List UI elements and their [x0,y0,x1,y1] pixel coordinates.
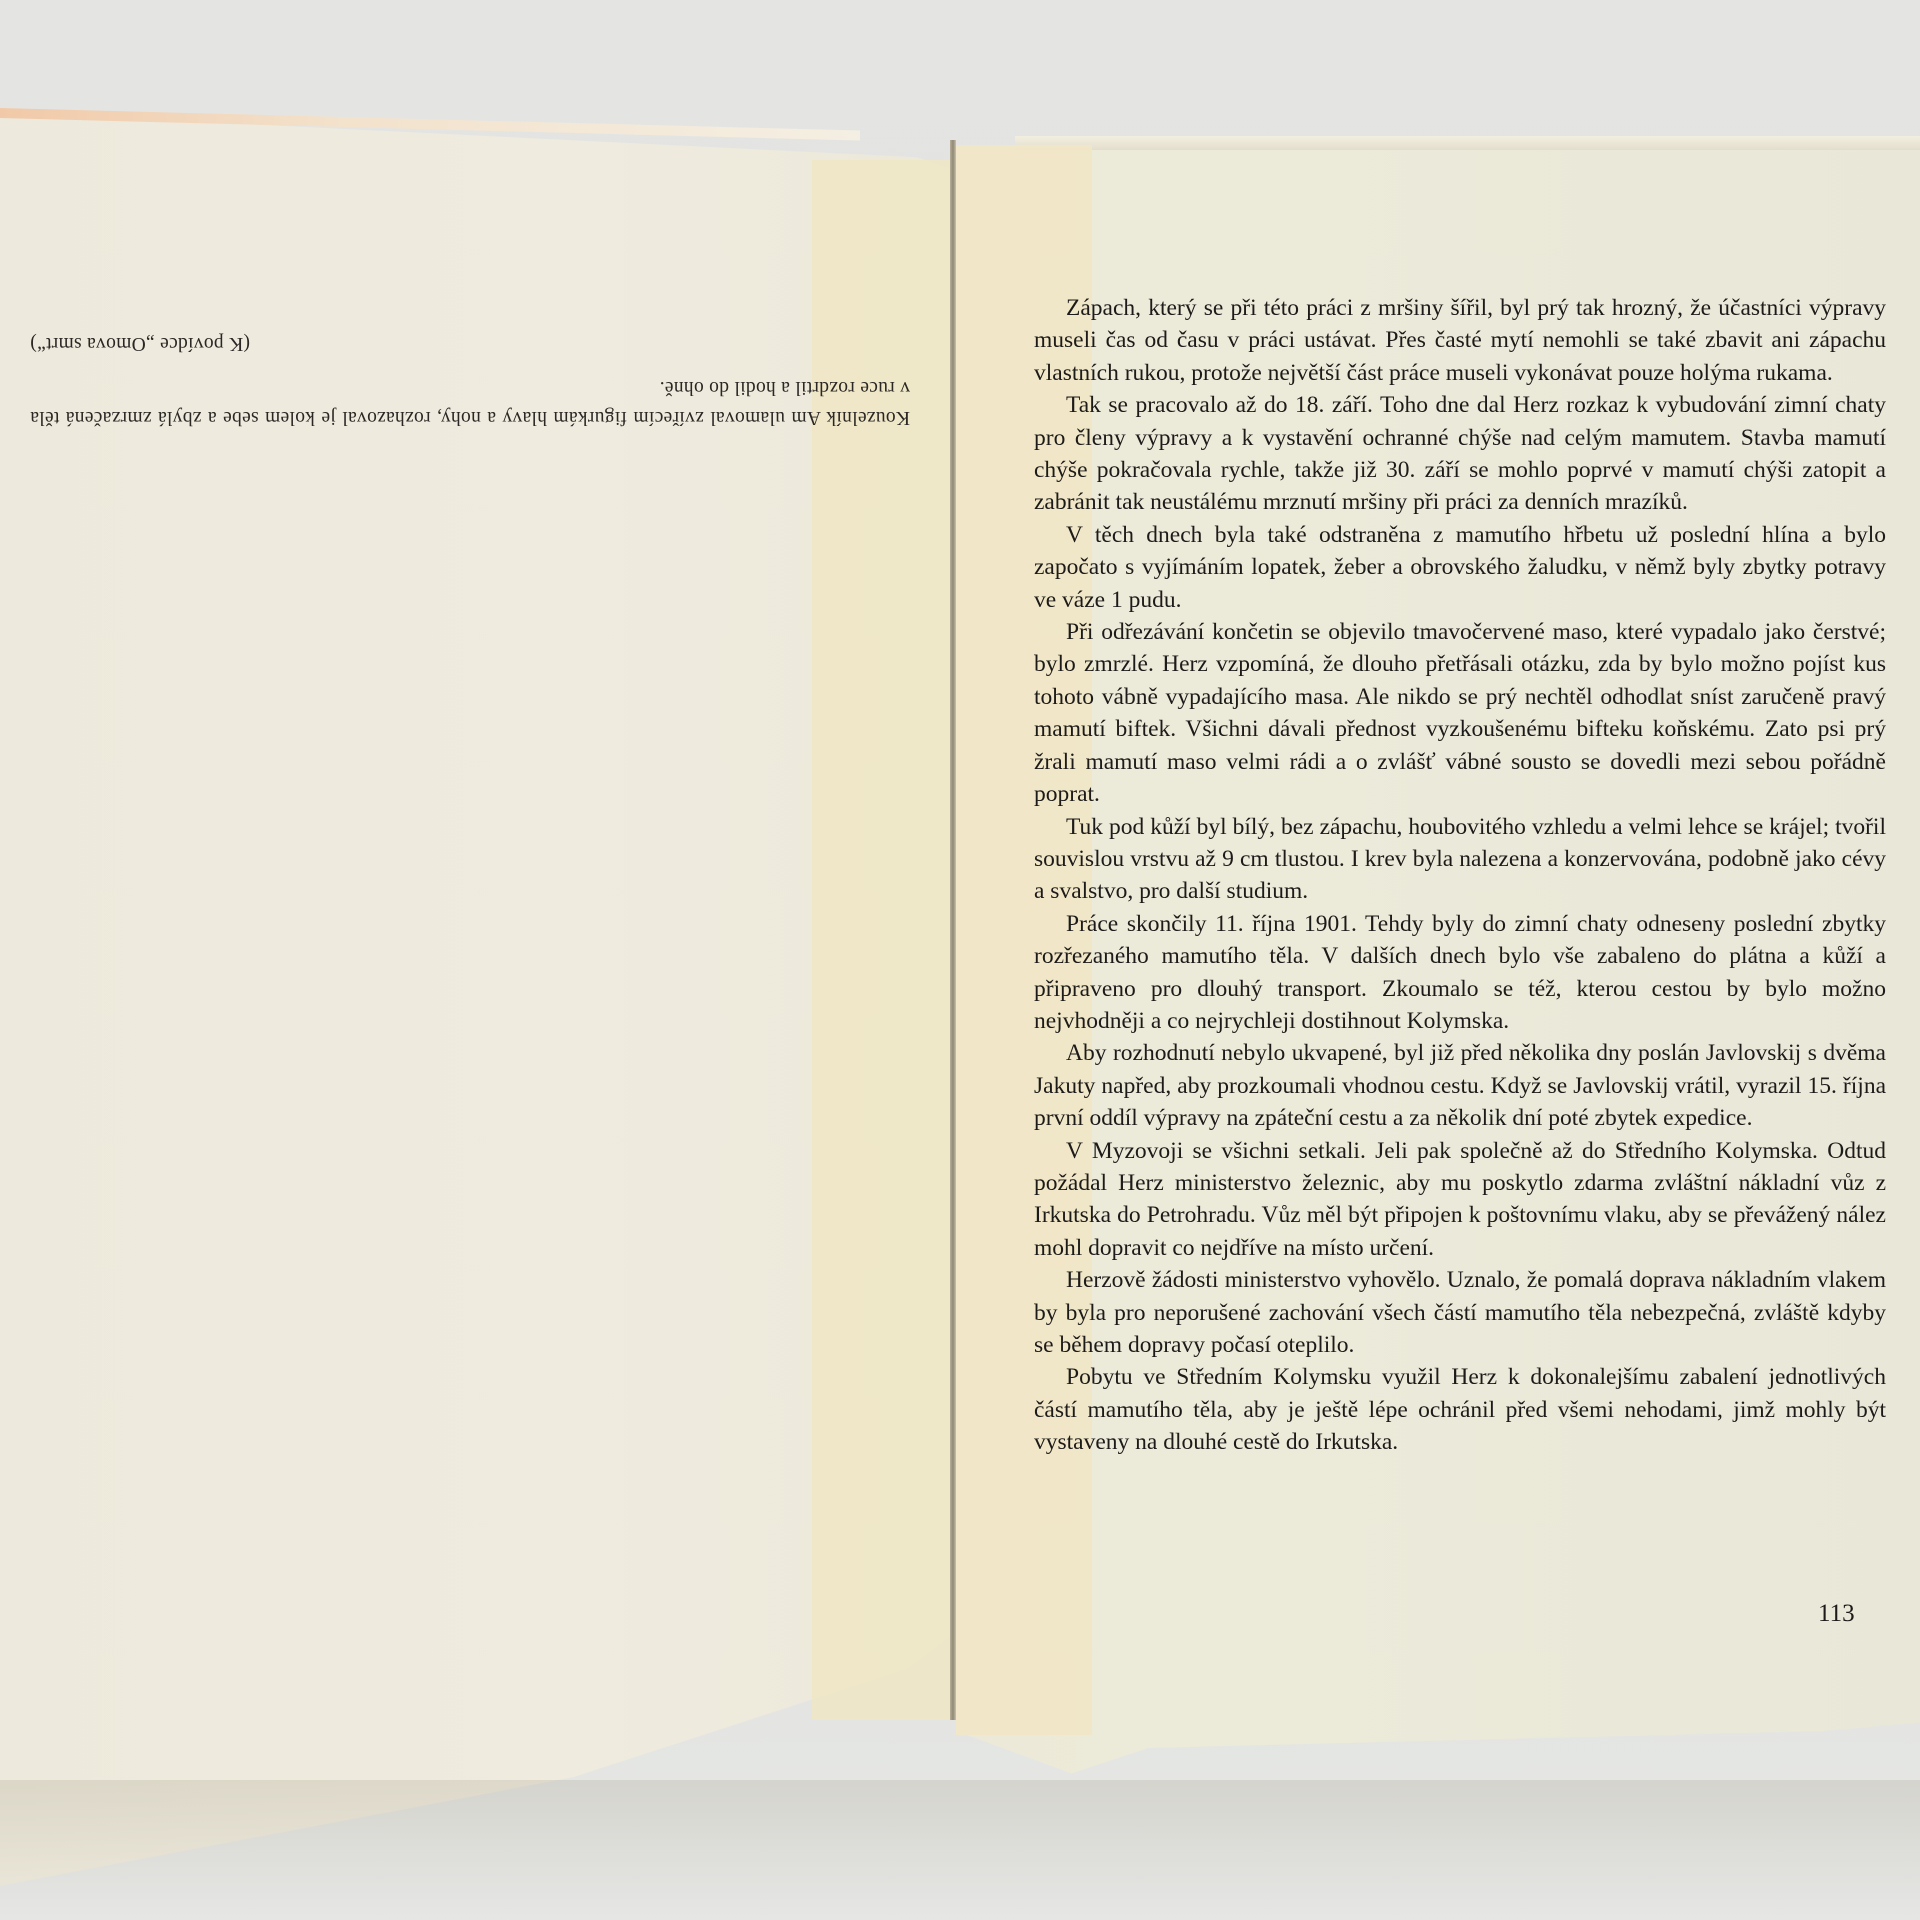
book-spine [950,140,956,1720]
paragraph: Herzově žádosti ministerstvo vyhovělo. U… [1034,1264,1886,1361]
open-book: Kouzelník Am ulamoval zvířecím figurkám … [0,0,1920,1920]
paragraph: Tak se pracovalo až do 18. září. Toho dn… [1034,389,1886,519]
paragraph: Aby rozhodnutí nebylo ukvapené, byl již … [1034,1037,1886,1134]
paragraph: Při odřezávání končetin se objevilo tmav… [1034,616,1886,810]
caption-text: Kouzelník Am ulamoval zvířecím figurkám … [30,372,910,432]
paragraph: Práce skončily 11. října 1901. Tehdy byl… [1034,908,1886,1038]
body-text: Zápach, který se při této práci z mršiny… [1034,292,1886,1459]
caption-source: (K povídce „Omova smrt“) [30,328,910,358]
illustration-caption-upside-down: Kouzelník Am ulamoval zvířecím figurkám … [30,328,910,432]
paragraph: Tuk pod kůží byl bílý, bez zápachu, houb… [1034,811,1886,908]
paragraph: V těch dnech byla také odstraněna z mamu… [1034,519,1886,616]
paragraph: V Myzovoji se všichni setkali. Jeli pak … [1034,1135,1886,1265]
page-shadow [0,1780,1920,1920]
paragraph: Pobytu ve Středním Kolymsku využil Herz … [1034,1361,1886,1458]
page-number: 113 [1818,1600,1855,1628]
paragraph: Zápach, který se při této práci z mršiny… [1034,292,1886,389]
